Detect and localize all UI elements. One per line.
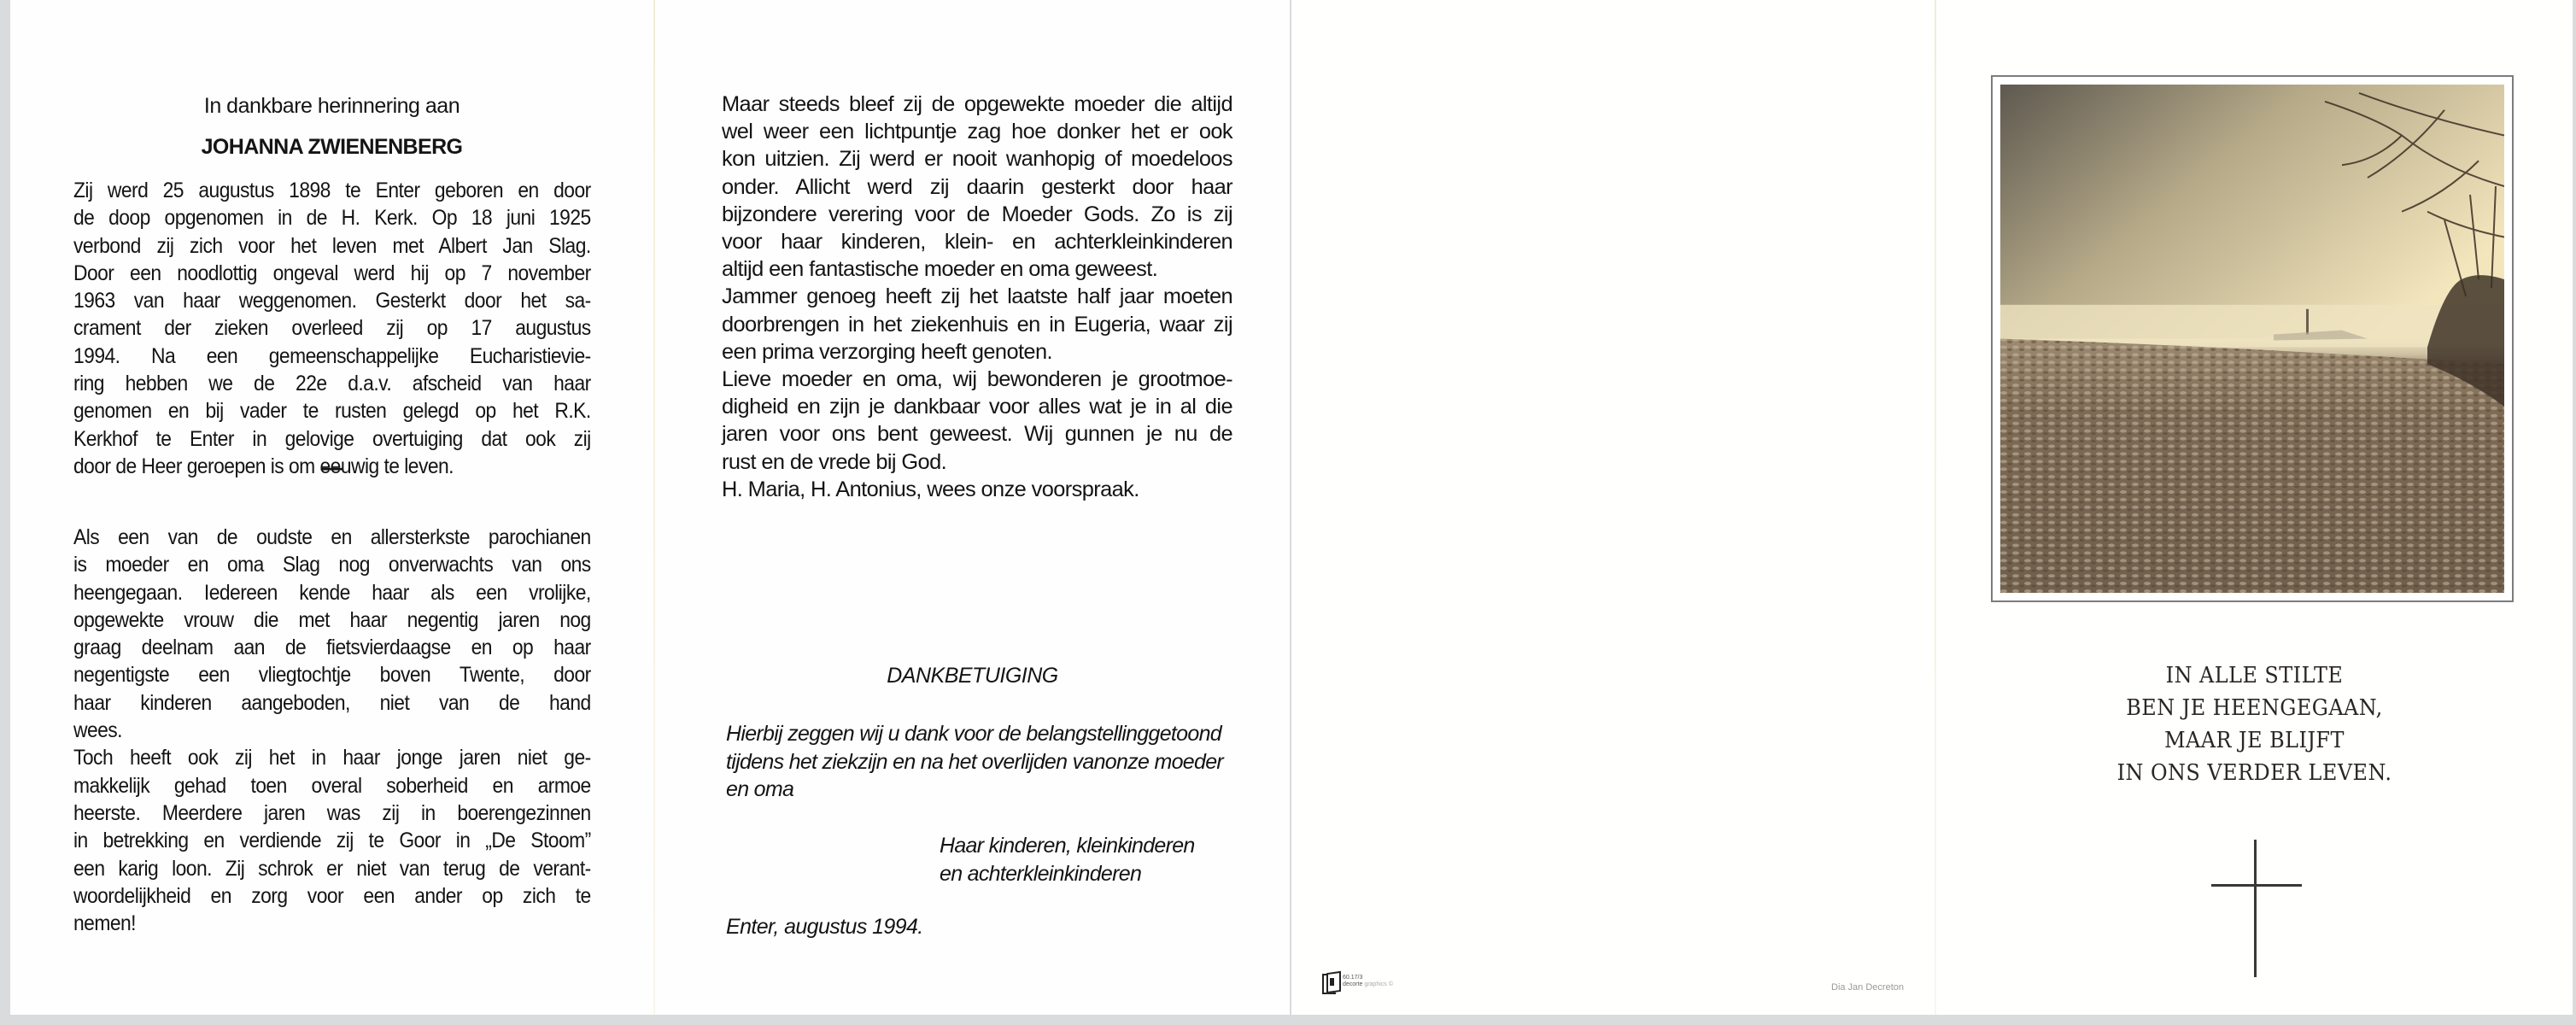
printer-mark: 60.17/3 decorte graphics © — [1322, 970, 1393, 993]
text-line: digheid en zijn je dankbaar voor alles w… — [722, 393, 1232, 420]
text-line: Door een noodlottig ongeval werd hij op … — [73, 260, 591, 287]
panel-biography: In dankbare herinnering aan JOHANNA ZWIE… — [10, 0, 653, 1015]
text-line: genomen en bij vader te rusten gelegd op… — [73, 397, 591, 425]
text-line: wel weer een lichtpuntje zag hoe donker … — [722, 118, 1232, 145]
text-line: nemen! — [73, 910, 591, 937]
text-line: crament der zieken overleed zij op 17 au… — [73, 314, 591, 342]
place-date: Enter, augustus 1994. — [726, 915, 923, 940]
thanks-title: DANKBETUIGING — [655, 664, 1290, 688]
text-line: wees. — [73, 717, 591, 744]
text-line: MAAR JE BLIJFT — [1962, 724, 2547, 757]
text-line: bijzondere verering voor de Moeder Gods.… — [722, 201, 1232, 228]
separator-dash: — — [10, 454, 653, 481]
text-line: graag deelnam aan de fietsvierdaagse en … — [73, 634, 591, 661]
biography-paragraph-1: Zij werd 25 augustus 1898 te Enter gebor… — [73, 177, 539, 480]
panel-front: IN ALLE STILTEBEN JE HEENGEGAAN,MAAR JE … — [1936, 0, 2573, 1015]
text-line: IN ALLE STILTE — [1962, 659, 2547, 692]
photo-credit: Dia Jan Decreton — [1831, 982, 1904, 993]
text-line: BEN JE HEENGEGAAN, — [1962, 692, 2547, 724]
text-line: onder. Allicht werd zij daarin gesterkt … — [722, 173, 1232, 201]
landscape-photo — [2000, 85, 2504, 593]
text-line: kon uitzien. Zij werd er nooit wanhopig … — [722, 145, 1232, 173]
text-line: Zij werd 25 augustus 1898 te Enter gebor… — [73, 177, 591, 204]
tribute-paragraph-1: Maar steeds bleef zij de opgewekte moede… — [722, 91, 1232, 283]
text-line: haar kinderen aangeboden, niet van de ha… — [73, 689, 591, 717]
memorial-verse: IN ALLE STILTEBEN JE HEENGEGAAN,MAAR JE … — [1962, 659, 2547, 789]
text-line: voor haar kinderen, klein- en achterklei… — [722, 228, 1232, 255]
text-line: in betrekking en verdiende zij te Goor i… — [73, 827, 591, 854]
biography-paragraph-2: Als een van de oudste en allersterkste p… — [73, 524, 539, 937]
text-line: een prima verzorging heeft genoten. — [722, 338, 1232, 366]
text-line: Toch heeft ook zij het in haar jonge jar… — [73, 744, 591, 771]
printer-name: decorte — [1343, 981, 1362, 987]
text-line: Haar kinderen, kleinkinderen — [940, 832, 1247, 860]
tribute-text: Maar steeds bleef zij de opgewekte moede… — [722, 91, 1232, 503]
text-line: Lieve moeder en oma, wij bewonderen je g… — [722, 366, 1232, 393]
text-line: een karig loon. Zij schrok er niet van t… — [73, 855, 591, 882]
deceased-name: JOHANNA ZWIENENBERG — [10, 135, 653, 160]
text-line: makkelijk gehad toen overal soberheid en… — [73, 772, 591, 799]
text-line: Maar steeds bleef zij de opgewekte moede… — [722, 91, 1232, 118]
text-line: doorbrengen in het ziekenhuis en in Euge… — [722, 311, 1232, 338]
panel-tribute: Maar steeds bleef zij de opgewekte moede… — [655, 0, 1290, 1015]
printer-code: 60.17/3 — [1343, 975, 1393, 981]
text-line: jaren voor ons bent geweest. Wij gunnen … — [722, 420, 1232, 448]
text-line: heengegaan. Iedereen kende haar als een … — [73, 579, 591, 606]
text-line: en achterkleinkinderen — [940, 860, 1247, 888]
text-line: 1994. Na een gemeenschappelijke Eucharis… — [73, 343, 591, 370]
text-line: verbond zij zich voor het leven met Albe… — [73, 232, 591, 260]
printer-name-suffix: graphics © — [1364, 981, 1393, 987]
text-line: rust en de vrede bij God. — [722, 448, 1232, 476]
prayer-line: H. Maria, H. Antonius, wees onze voorspr… — [722, 476, 1232, 503]
biography-paragraph-3: Toch heeft ook zij het in haar jonge jar… — [73, 744, 591, 937]
printer-logo-icon — [1322, 970, 1339, 993]
text-line: Als een van de oudste en allersterkste p… — [73, 524, 591, 551]
intro-text: In dankbare herinnering aan — [10, 94, 653, 119]
text-line: Kerkhof te Enter in gelovige overtuiging… — [73, 425, 591, 453]
text-line: de doop opgenomen in de H. Kerk. Op 18 j… — [73, 204, 591, 231]
photo-frame — [1991, 75, 2514, 602]
memorial-card-inside: In dankbare herinnering aan JOHANNA ZWIE… — [10, 0, 1290, 1015]
text-line: IN ONS VERDER LEVEN. — [1962, 757, 2547, 789]
text-line: Hierbij zeggen wij u dank voor de belang… — [726, 722, 1149, 746]
text-line: heerste. Meerdere jaren was zij in boere… — [73, 799, 591, 827]
panel-back: 60.17/3 decorte graphics © Dia Jan Decre… — [1291, 0, 1935, 1015]
text-line: ring hebben we de 22e d.a.v. afscheid va… — [73, 370, 591, 397]
tribute-paragraph-3: Lieve moeder en oma, wij bewonderen je g… — [722, 366, 1232, 476]
memorial-card-outside: 60.17/3 decorte graphics © Dia Jan Decre… — [1291, 0, 2573, 1015]
text-line: Jammer genoeg heeft zij het laatste half… — [722, 283, 1232, 310]
text-line: negentigste een vliegtochtje boven Twent… — [73, 661, 591, 688]
text-line: altijd een fantastische moeder en oma ge… — [722, 255, 1232, 283]
family-signature: Haar kinderen, kleinkinderenen achterkle… — [940, 832, 1247, 887]
text-line: opgewekte vrouw die met haar negentig ja… — [73, 606, 591, 634]
text-line: woordelijkheid en zorg voor een ander op… — [73, 882, 591, 910]
text-line: 1963 van haar weggenomen. Gesterkt door … — [73, 287, 591, 314]
text-line: is moeder en oma Slag nog onverwachts va… — [73, 551, 591, 578]
thanks-body: Hierbij zeggen wij u dank voor de belang… — [726, 720, 1232, 804]
tribute-paragraph-2: Jammer genoeg heeft zij het laatste half… — [722, 283, 1232, 366]
